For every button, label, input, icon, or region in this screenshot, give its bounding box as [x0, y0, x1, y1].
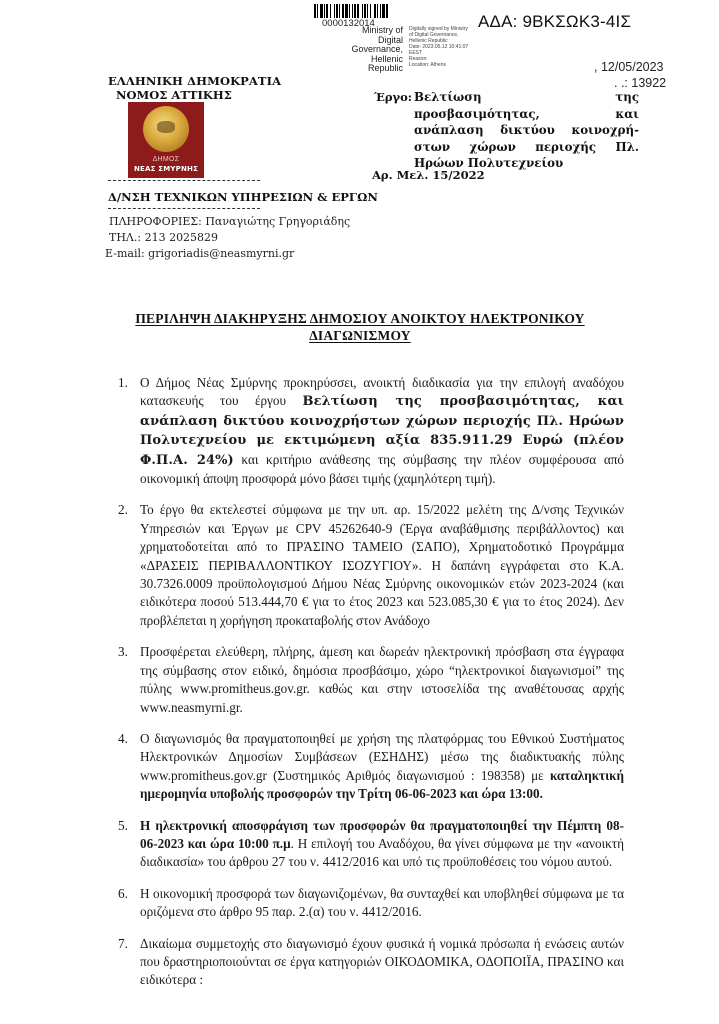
signing-authority: Ministry of Digital Governance, Hellenic…: [336, 26, 403, 74]
digital-signature-info: Digitally signed by Ministry of Digital …: [409, 26, 479, 68]
list-item-number: 6.: [118, 885, 140, 922]
text-run: Η οικονομική προσφορά των διαγωνιζομένων…: [140, 886, 624, 919]
list-item: 2.Το έργο θα εκτελεστεί σύμφωνα με την υ…: [118, 501, 624, 630]
logo-text-line1: ΔΗΜΟΣ: [128, 156, 204, 163]
contact-phone: ΤΗΛ.: 213 2025829: [109, 230, 350, 246]
issuer-line: Hellenic Republic: [336, 55, 403, 74]
list-item-number: 4.: [118, 730, 140, 804]
project-title: Βελτίωση της προσβασιμότητας, και ανάπλα…: [414, 89, 639, 172]
list-item-text: Η οικονομική προσφορά των διαγωνιζομένων…: [140, 885, 624, 922]
list-item: 3.Προσφέρεται ελεύθερη, πλήρης, άμεση κα…: [118, 643, 624, 717]
list-item: 4.Ο διαγωνισμός θα πραγματοποιηθεί με χρ…: [118, 730, 624, 804]
list-item-number: 7.: [118, 935, 140, 990]
list-item-text: Το έργο θα εκτελεστεί σύμφωνα με την υπ.…: [140, 501, 624, 630]
list-item-text: Προσφέρεται ελεύθερη, πλήρης, άμεση και …: [140, 643, 624, 717]
logo-text-line2: ΝΕΑΣ ΣΜΥΡΝΗΣ: [128, 165, 204, 173]
list-item: 1.Ο Δήμος Νέας Σμύρνης προκηρύσσει, ανοι…: [118, 374, 624, 488]
protocol-number: . .: 13922: [614, 76, 666, 90]
list-item: 7.Δικαίωμα συμμετοχής στο διαγωνισμό έχο…: [118, 935, 624, 990]
numbered-list: 1.Ο Δήμος Νέας Σμύρνης προκηρύσσει, ανοι…: [118, 374, 624, 1003]
study-number: Αρ. Μελ. 15/2022: [372, 168, 485, 182]
list-item-number: 1.: [118, 374, 140, 488]
project-label: Έργο:: [374, 90, 412, 104]
text-run: Δικαίωμα συμμετοχής στο διαγωνισμό έχουν…: [140, 936, 624, 988]
list-item-text: Δικαίωμα συμμετοχής στο διαγωνισμό έχουν…: [140, 935, 624, 990]
document-title: ΠΕΡΙΛΗΨΗ ΔΙΑΚΗΡΥΞΗΣ ΔΗΜΟΣΙΟΥ ΑΝΟΙΚΤΟΥ ΗΛ…: [120, 310, 600, 344]
barcode: [314, 4, 418, 18]
contact-info: ΠΛΗΡΟΦΟΡΙΕΣ: Παναγιώτης Γρηγοριάδης ΤΗΛ.…: [109, 214, 350, 262]
signature-line: Location: Athens: [409, 62, 479, 68]
divider: [108, 208, 260, 209]
divider: [108, 180, 260, 181]
list-item-number: 5.: [118, 817, 140, 872]
issuer-line: Ministry of Digital: [336, 26, 403, 45]
department-heading: Δ/ΝΣΗ ΤΕΧΝΙΚΩΝ ΥΠΗΡΕΣΙΩΝ & ΕΡΓΩΝ: [108, 190, 378, 204]
list-item-text: Η ηλεκτρονική αποσφράγιση των προσφορών …: [140, 817, 624, 872]
document-date: , 12/05/2023: [594, 60, 664, 74]
prefecture-heading: ΝΟΜΟΣ ΑΤΤΙΚΗΣ: [116, 88, 232, 102]
list-item-number: 3.: [118, 643, 140, 717]
text-run: Το έργο θα εκτελεστεί σύμφωνα με την υπ.…: [140, 502, 624, 627]
list-item: 5.Η ηλεκτρονική αποσφράγιση των προσφορώ…: [118, 817, 624, 872]
list-item-text: Ο Δήμος Νέας Σμύρνης προκηρύσσει, ανοικτ…: [140, 374, 624, 488]
list-item-number: 2.: [118, 501, 140, 630]
coin-emblem-icon: [143, 106, 189, 152]
text-run: Προσφέρεται ελεύθερη, πλήρης, άμεση και …: [140, 644, 624, 714]
republic-heading: ΕΛΛΗΝΙΚΗ ΔΗΜΟΚΡΑΤΙΑ: [108, 74, 281, 88]
list-item-text: Ο διαγωνισμός θα πραγματοποιηθεί με χρήσ…: [140, 730, 624, 804]
ada-code: ΑΔΑ: 9ΒΚΣΩΚ3-4ΙΣ: [478, 12, 631, 32]
municipality-logo: ΔΗΜΟΣ ΝΕΑΣ ΣΜΥΡΝΗΣ: [128, 102, 204, 178]
list-item: 6.Η οικονομική προσφορά των διαγωνιζομέν…: [118, 885, 624, 922]
contact-person: ΠΛΗΡΟΦΟΡΙΕΣ: Παναγιώτης Γρηγοριάδης: [109, 214, 350, 230]
contact-email[interactable]: E-mail: grigoriadis@neasmyrni.gr: [105, 246, 350, 262]
